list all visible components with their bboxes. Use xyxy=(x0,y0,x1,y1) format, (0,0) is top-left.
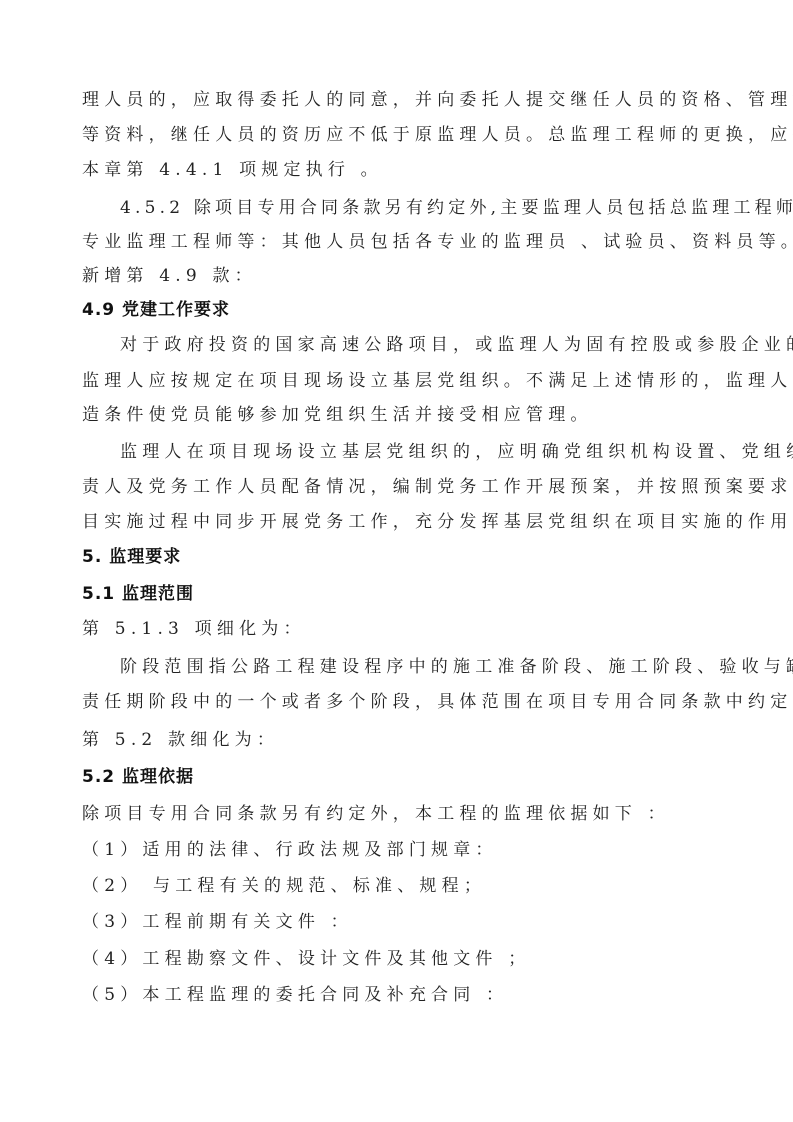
paragraph-line: 监理人在项目现场设立基层党组织的，应明确党组织机构设置、党组织负 xyxy=(120,440,793,464)
paragraph-line: 目实施过程中同步开展党务工作，充分发挥基层党组织在项目实施的作用 。 xyxy=(82,510,793,534)
paragraph-line: 等资料，继任人员的资历应不低于原监理人员。总监理工程师的更换，应按照 xyxy=(82,123,793,147)
paragraph-line: 4.5.2 除项目专用合同条款另有约定外,主要监理人员包括总监理工程师、 xyxy=(120,196,793,220)
paragraph-line: 本章第 4.4.1 项规定执行 。 xyxy=(82,158,383,182)
section-heading-5-1: 5.1 监理范围 xyxy=(82,582,194,606)
paragraph-line: 监理人应按规定在项目现场设立基层党组织。不满足上述情形的，监理人应创 xyxy=(82,369,793,393)
paragraph-line: 对于政府投资的国家高速公路项目，或监理人为固有控股或参股企业的， xyxy=(120,333,793,357)
paragraph-line: 责任期阶段中的一个或者多个阶段，具体范围在项目专用合同条款中约定 。 xyxy=(82,690,793,714)
paragraph-line: 除项目专用合同条款另有约定外，本工程的监理依据如下 ： xyxy=(82,802,670,826)
list-item: （4）工程勘察文件、设计文件及其他文件 ； xyxy=(82,947,530,971)
section-heading-5-2: 5.2 监理依据 xyxy=(82,765,194,789)
list-item: （2） 与工程有关的规范、标准、规程； xyxy=(82,874,486,898)
section-heading-4-9: 4.9 党建工作要求 xyxy=(82,298,230,322)
list-item: （1）适用的法律、行政法规及部门规章： xyxy=(82,838,498,862)
paragraph-line: 专业监理工程师等：其他人员包括各专业的监理员 、试验员、资料员等。 xyxy=(82,230,793,254)
document-page: 理人员的，应取得委托人的同意，并向委托人提交继任人员的资格、管理经验 等资料，继… xyxy=(0,0,793,1122)
paragraph-line: 理人员的，应取得委托人的同意，并向委托人提交继任人员的资格、管理经验 xyxy=(82,88,793,112)
section-heading-5: 5. 监理要求 xyxy=(82,545,181,569)
list-item: （3）工程前期有关文件 ： xyxy=(82,910,353,934)
paragraph-line: 第 5.1.3 项细化为： xyxy=(82,617,306,641)
paragraph-line: 阶段范围指公路工程建设程序中的施工准备阶段、施工阶段、验收与缺陷 xyxy=(120,655,793,679)
paragraph-line: 第 5.2 款细化为： xyxy=(82,728,279,752)
list-item: （5）本工程监理的委托合同及补充合同 ： xyxy=(82,983,508,1007)
paragraph-line: 责人及党务工作人员配备情况，编制党务工作开展预案，并按照预案要求在项 xyxy=(82,475,793,499)
paragraph-line: 造条件使党员能够参加党组织生活并接受相应管理。 xyxy=(82,403,593,427)
paragraph-line: 新增第 4.9 款： xyxy=(82,264,257,288)
